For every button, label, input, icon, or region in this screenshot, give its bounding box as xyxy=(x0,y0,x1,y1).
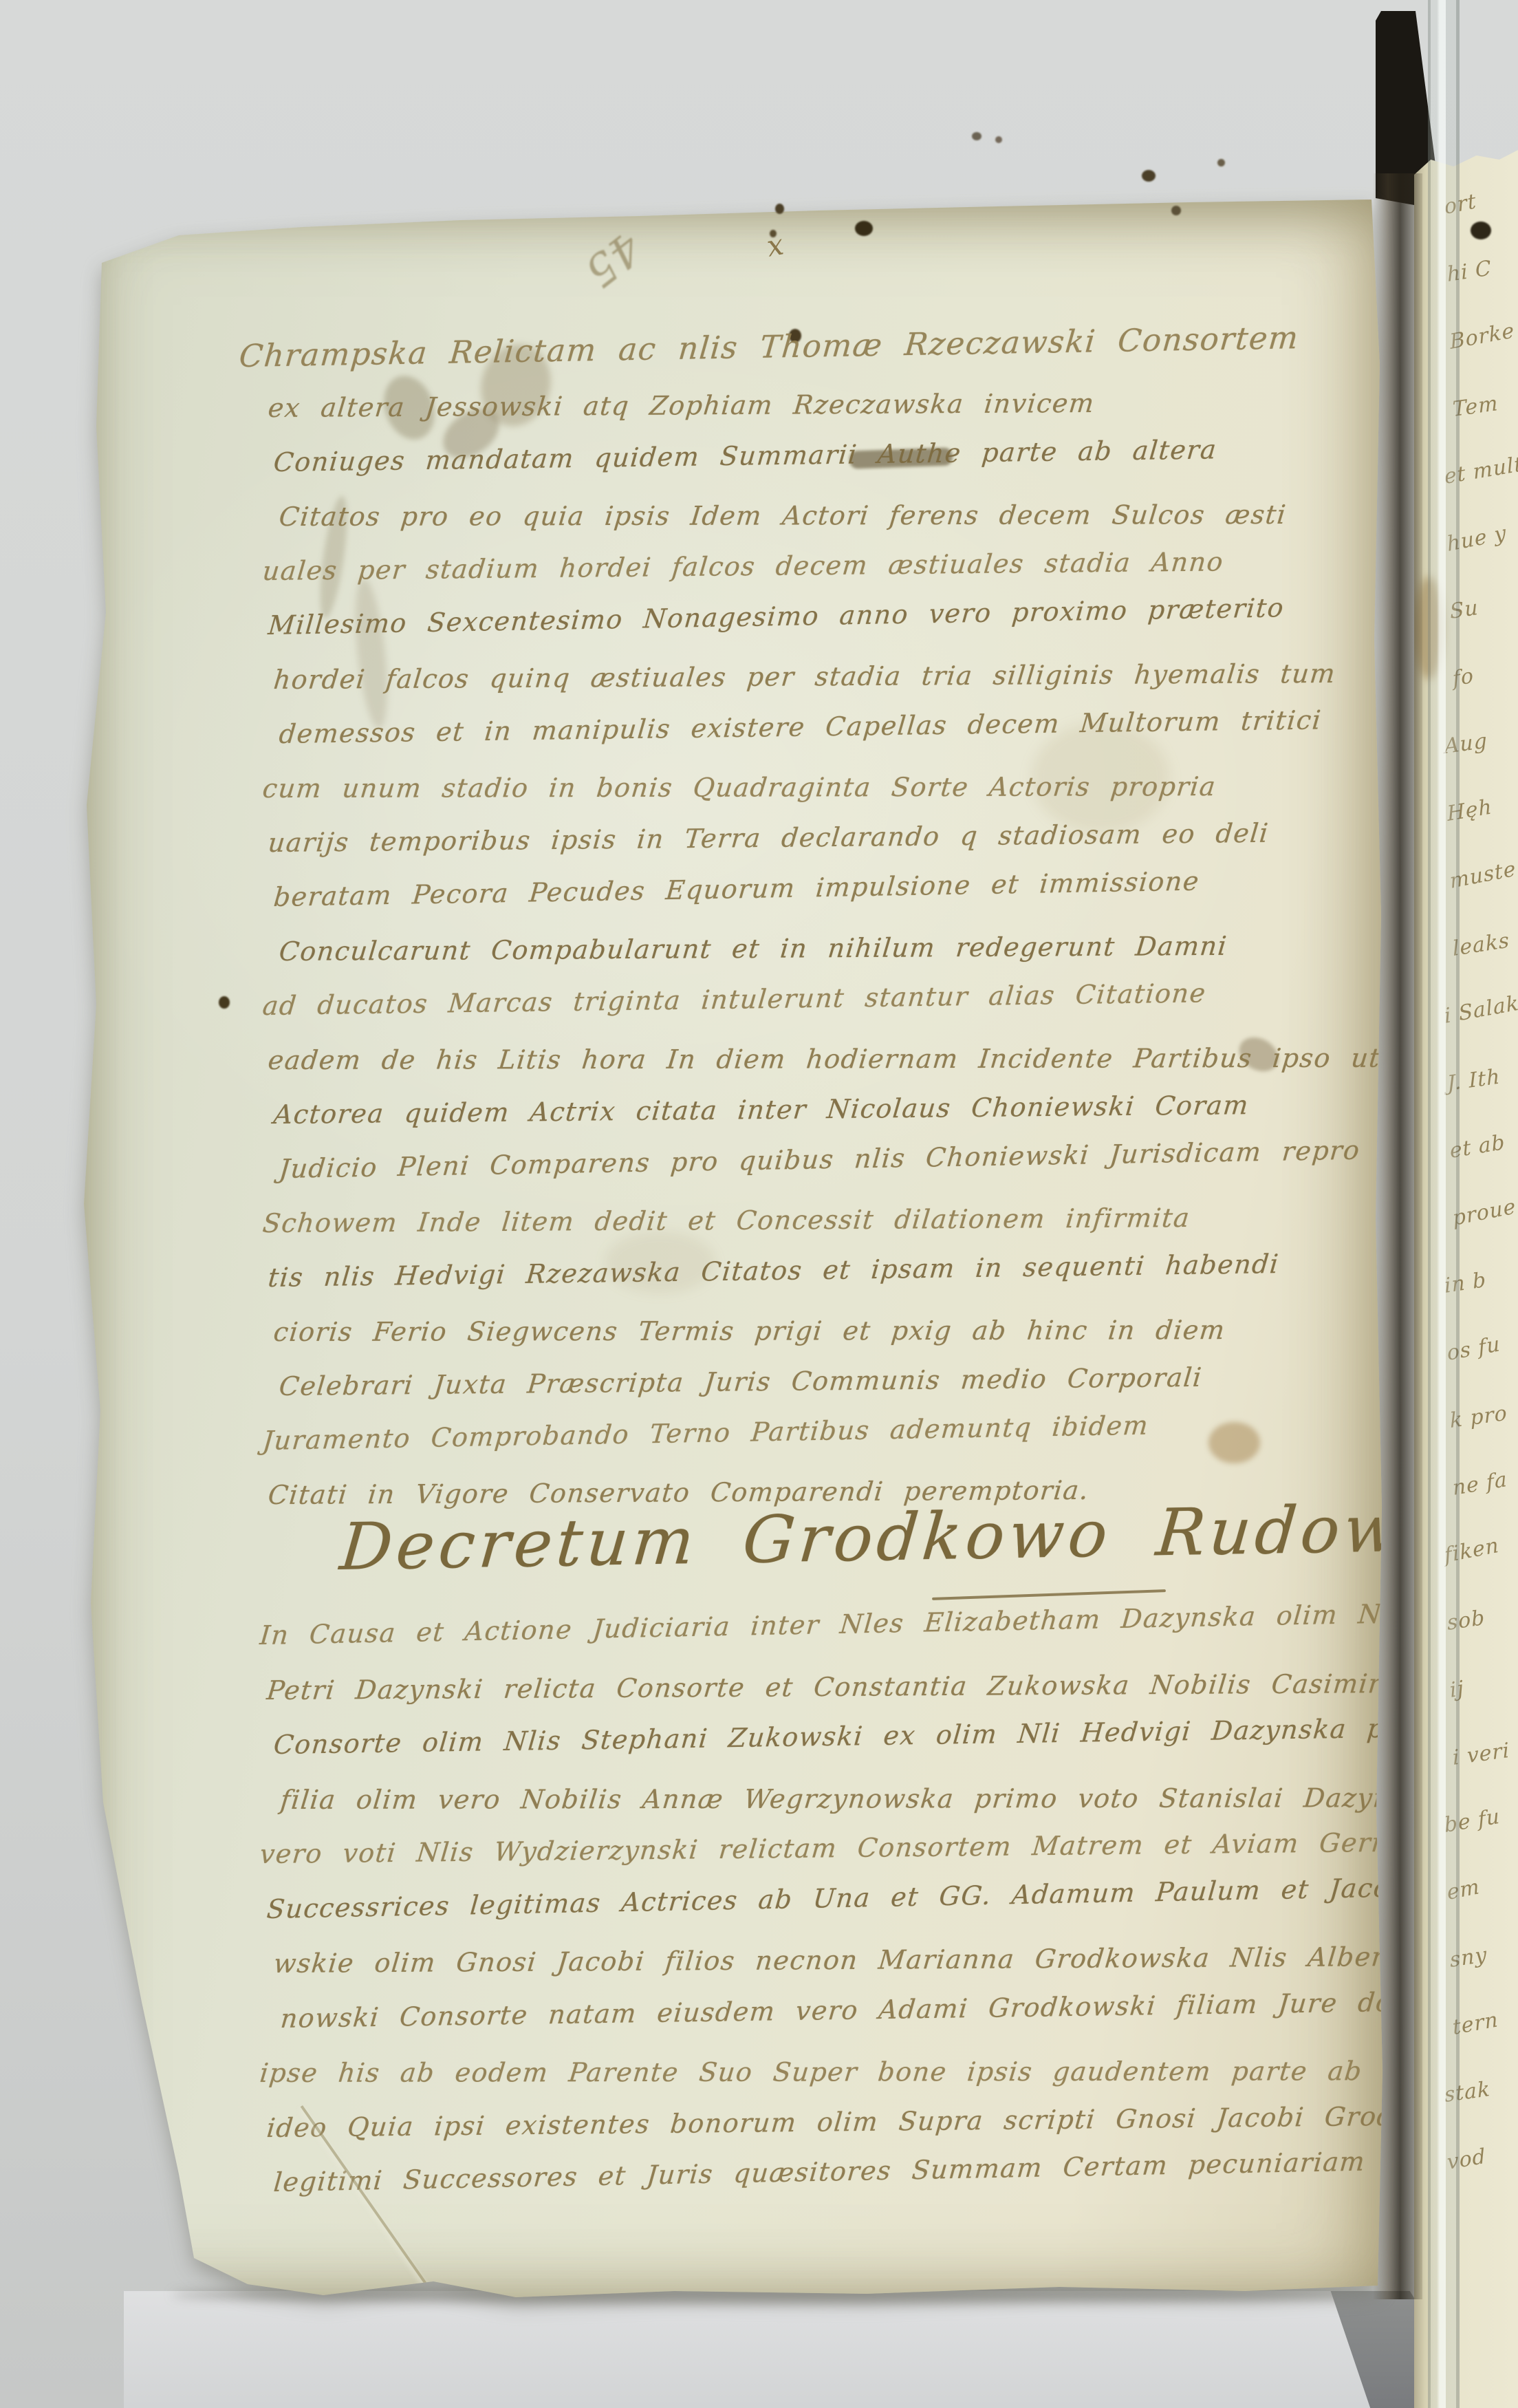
manuscript-line: Petri Dazynski relicta Consorte et Const… xyxy=(265,1669,1386,1703)
manuscript-page: 45 x Chrampska Relictam ac nlis Thomæ Rz… xyxy=(76,200,1386,2301)
facing-page-fragment: proue xyxy=(1451,1194,1517,1231)
manuscript-line: Schowem Inde litem dedit et Concessit di… xyxy=(261,1205,1191,1236)
manuscript-line: filia olim vero Nobilis Annæ Wegrzynowsk… xyxy=(279,1784,1386,1812)
manuscript-line: cioris Ferio Siegwcens Termis prigi et p… xyxy=(272,1317,1226,1345)
glass-page-weight-rod xyxy=(1428,0,1460,2408)
ink-speck xyxy=(1142,170,1156,182)
ink-spot xyxy=(219,996,230,1009)
manuscript-line: ipse his ab eodem Parente Suo Super bone… xyxy=(259,2058,1386,2086)
ink-speck xyxy=(770,230,777,237)
manuscript-photograph: orthi CBorkeTemet multhue ySufoAugHęhmus… xyxy=(0,0,1518,2408)
manuscript-line: Citatos pro eo quia ipsis Idem Actori fe… xyxy=(278,502,1288,530)
paper-surface: 45 x Chrampska Relictam ac nlis Thomæ Rz… xyxy=(76,200,1386,2301)
foxing-stain xyxy=(1208,1422,1260,1463)
manuscript-line: Conculcarunt Compabularunt et in nihilum… xyxy=(278,933,1228,965)
manuscript-line: eadem de his Litis hora In diem hodierna… xyxy=(267,1045,1386,1073)
manuscript-line: ex altera Jessowski atq Zophiam Rzeczaws… xyxy=(267,390,1096,421)
manuscript-line: cum unum stadio in bonis Quadraginta Sor… xyxy=(261,773,1217,802)
ink-speck xyxy=(1171,206,1181,215)
facing-page-fragment: ne fa xyxy=(1451,1468,1508,1501)
ink-speck xyxy=(1217,159,1225,166)
facing-page-fragment: leaks xyxy=(1452,928,1511,961)
ink-speck xyxy=(995,136,1002,143)
ink-blot xyxy=(1471,222,1491,239)
ink-speck xyxy=(972,132,982,140)
ink-blot xyxy=(855,221,873,236)
ink-speck xyxy=(775,204,784,214)
backing-sheet xyxy=(124,2291,1410,2408)
facing-page-fragment: i veri xyxy=(1452,1739,1510,1770)
manuscript-line: wskie olim Gnosi Jacobi filios necnon Ma… xyxy=(272,1943,1386,1977)
manuscript-line: hordei falcos quinq æstiuales per stadia… xyxy=(272,660,1337,693)
